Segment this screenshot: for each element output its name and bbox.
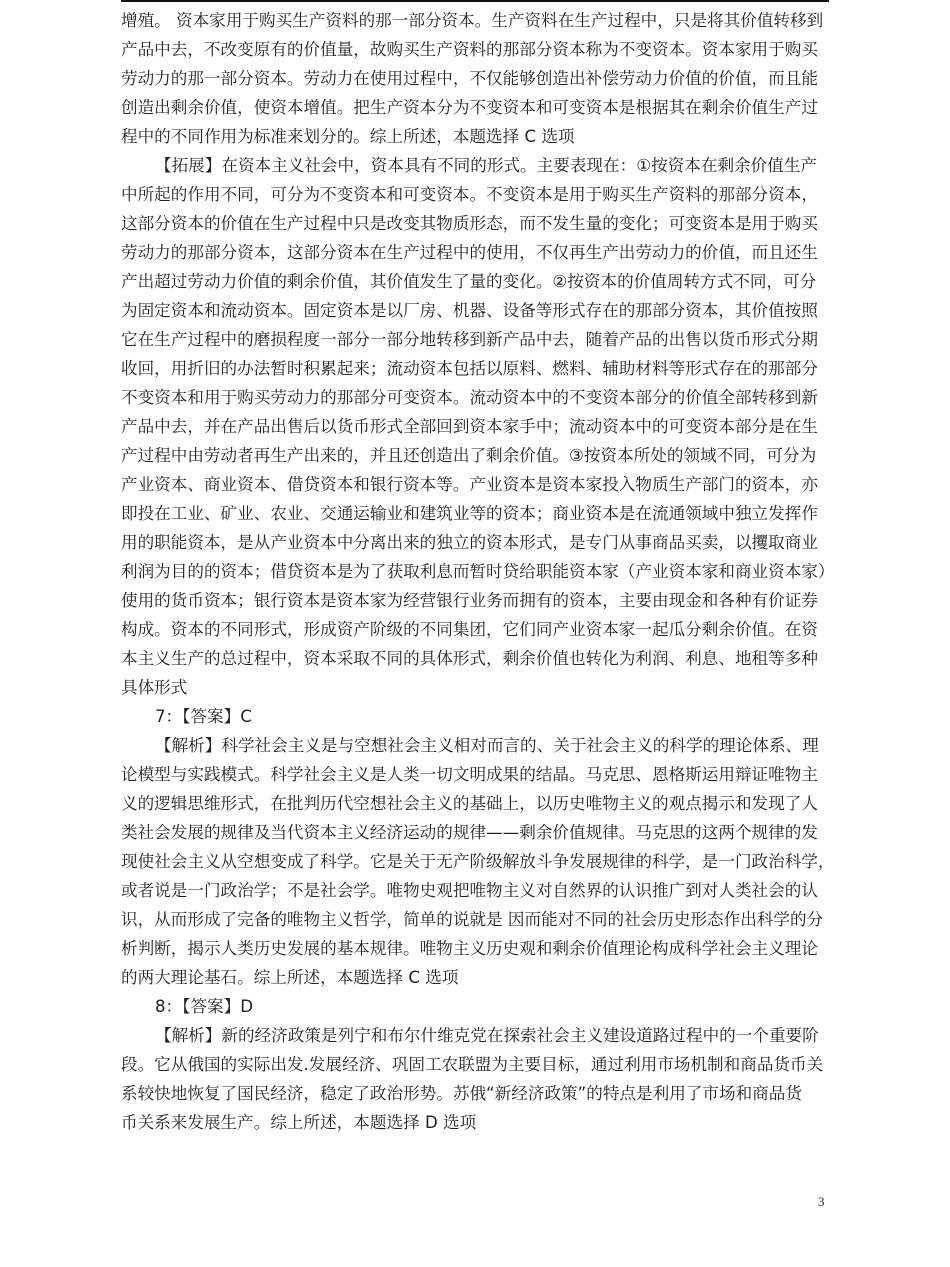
paragraph-extension: 【拓展】在资本主义社会中，资本具有不同的形式。主要表现在：①按资本在剩余价值生产… (121, 151, 829, 702)
text-line: 本主义生产的总过程中，资本采取不同的具体形式，剩余价值也转化为利润、利息、地租等… (121, 644, 829, 673)
text-line: 它在生产过程中的磨损程度一部分一部分地转移到新产品中去，随着产品的出售以货币形式… (121, 325, 829, 354)
text-line: 产过程中由劳动者再生产出来的，并且还创造出了剩余价值。③按资本所处的领域不同，可… (121, 441, 829, 470)
text-line: 段。它从俄国的实际出发.发展经济、巩固工农联盟为主要目标，通过利用市场机制和商品… (121, 1050, 829, 1079)
text-line: 程中的不同作用为标准来划分的。综上所述，本题选择 C 选项 (121, 122, 829, 151)
text-line: 使用的货币资本；银行资本是资本家为经营银行业务而拥有的资本，主要由现金和各种有价… (121, 586, 829, 615)
text-line: 析判断，揭示人类历史发展的基本规律。唯物主义历史观和剩余价值理论构成科学社会主义… (121, 934, 829, 963)
text-line: 或者说是一门政治学；不是社会学。唯物史观把唯物主义对自然界的认识推广到对人类社会… (121, 876, 829, 905)
text-line: 系较快地恢复了国民经济，稳定了政治形势。苏俄“新经济政策”的特点是利用了市场和商… (121, 1079, 829, 1108)
text-line: 劳动力的那部分资本，这部分资本在生产过程中的使用，不仅再生产出劳动力的价值，而且… (121, 238, 829, 267)
text-line: 【解析】新的经济政策是列宁和布尔什维克党在探索社会主义建设道路过程中的一个重要阶 (121, 1021, 829, 1050)
text-line: 不变资本和用于购买劳动力的那部分可变资本。流动资本中的不变资本部分的价值全部转移… (121, 383, 829, 412)
answer-line: 8：【答案】D (121, 992, 829, 1021)
text-line: 【解析】科学社会主义是与空想社会主义相对而言的、关于社会主义的科学的理论体系、理 (121, 731, 829, 760)
text-line: 创造出剩余价值，使资本增值。把生产资本分为不变资本和可变资本是根据其在剩余价值生… (121, 93, 829, 122)
text-line: 即投在工业、矿业、农业、交通运输业和建筑业等的资本；商业资本是在流通领域中独立发… (121, 499, 829, 528)
text-line: 构成。资本的不同形式，形成资产阶级的不同集团，它们同产业资本家一起瓜分剩余价值。… (121, 615, 829, 644)
text-line: 识，从而形成了完备的唯物主义哲学，简单的说就是 因而能对不同的社会历史形态作出科… (121, 905, 829, 934)
question-8-answer: 8：【答案】D (121, 992, 829, 1021)
text-line: 义的逻辑思维形式，在批判历代空想社会主义的基础上，以历史唯物主义的观点揭示和发现… (121, 789, 829, 818)
question-7-answer: 7：【答案】C (121, 702, 829, 731)
text-line: 具体形式 (121, 673, 829, 702)
text-line: 劳动力的那一部分资本。劳动力在使用过程中，不仅能够创造出补偿劳动力价值的价值，而… (121, 64, 829, 93)
text-line: 利润为目的的资本；借贷资本是为了获取利息而暂时贷给职能资本家（产业资本家和商业资… (121, 557, 829, 586)
answer-line: 7：【答案】C (121, 702, 829, 731)
text-line: 现使社会主义从空想变成了科学。它是关于无产阶级解放斗争发展规律的科学，是一门政治… (121, 847, 829, 876)
document-body: 增殖。 资本家用于购买生产资料的那一部分资本。生产资料在生产过程中，只是将其价值… (121, 6, 829, 1137)
text-line: 的两大理论基石。综上所述，本题选择 C 选项 (121, 963, 829, 992)
text-line: 收回，用折旧的办法暂时积累起来；流动资本包括以原料、燃料、辅助材料等形式存在的那… (121, 354, 829, 383)
text-line: 论模型与实践模式。科学社会主义是人类一切文明成果的结晶。马克思、恩格斯运用辩证唯… (121, 760, 829, 789)
text-line: 类社会发展的规律及当代资本主义经济运动的规律——剩余价值规律。马克思的这两个规律… (121, 818, 829, 847)
text-line: 这部分资本的价值在生产过程中只是改变其物质形态，而不发生量的变化；可变资本是用于… (121, 209, 829, 238)
text-line: 为固定资本和流动资本。固定资本是以厂房、机器、设备等形式存在的那部分资本，其价值… (121, 296, 829, 325)
text-line: 【拓展】在资本主义社会中，资本具有不同的形式。主要表现在：①按资本在剩余价值生产 (121, 151, 829, 180)
text-line: 产品中去，不改变原有的价值量，故购买生产资料的那部分资本称为不变资本。资本家用于… (121, 35, 829, 64)
text-line: 产业资本、商业资本、借贷资本和银行资本等。产业资本是资本家投入物质生产部门的资本… (121, 470, 829, 499)
page-number: 3 (818, 1194, 825, 1210)
text-line: 产出超过劳动力价值的剩余价值，其价值发生了量的变化。②按资本的价值周转方式不同，… (121, 267, 829, 296)
text-line: 中所起的作用不同，可分为不变资本和可变资本。不变资本是用于购买生产资料的那部分资… (121, 180, 829, 209)
question-8-analysis: 【解析】新的经济政策是列宁和布尔什维克党在探索社会主义建设道路过程中的一个重要阶… (121, 1021, 829, 1137)
header-rule (121, 0, 829, 2)
text-line: 币关系来发展生产。综上所述，本题选择 D 选项 (121, 1108, 829, 1137)
paragraph-capital-definition: 增殖。 资本家用于购买生产资料的那一部分资本。生产资料在生产过程中，只是将其价值… (121, 6, 829, 151)
question-7-analysis: 【解析】科学社会主义是与空想社会主义相对而言的、关于社会主义的科学的理论体系、理… (121, 731, 829, 992)
text-line: 产品中去，并在产品出售后以货币形式全部回到资本家手中；流动资本中的可变资本部分是… (121, 412, 829, 441)
text-line: 用的职能资本，是从产业资本中分离出来的独立的资本形式，是专门从事商品买卖，以攫取… (121, 528, 829, 557)
text-line: 增殖。 资本家用于购买生产资料的那一部分资本。生产资料在生产过程中，只是将其价值… (121, 6, 829, 35)
